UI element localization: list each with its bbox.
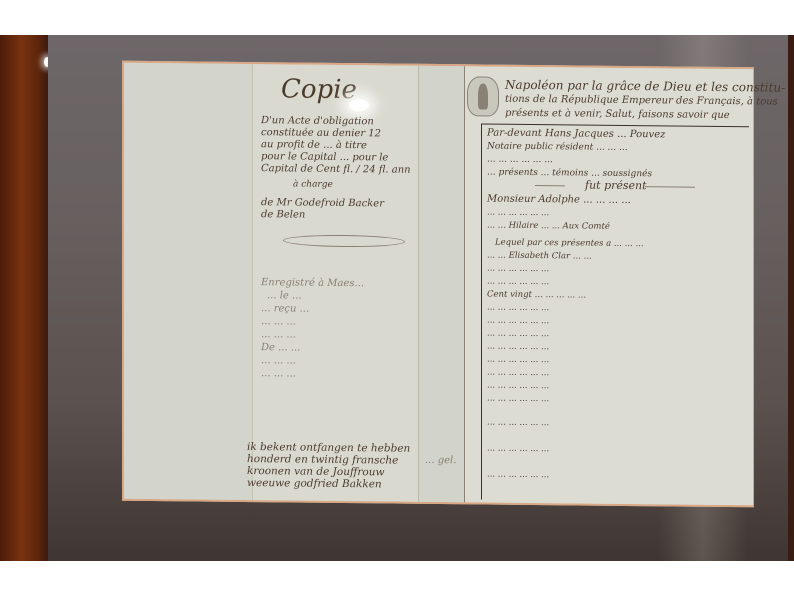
section-title: fut présent [585, 180, 647, 192]
photograph: Copie D'un Acte d'obligation constituée … [0, 35, 794, 561]
body-line: ... ... ... ... ... ... [487, 317, 549, 326]
body-line: ... ... ... ... ... ... [487, 265, 549, 274]
seal-emblem-icon [467, 76, 499, 116]
body-line: ... ... ... ... ... ... [487, 356, 549, 365]
registration-line: De ... ... [261, 343, 300, 353]
left-line: de Belen [261, 210, 305, 220]
body-line: Lequel par ces présentes a ... ... ... [495, 239, 644, 249]
left-line: D'un Acte d'obligation [261, 116, 374, 127]
flash-glare [349, 99, 369, 111]
body-line: ... ... Hilaire ... ... Aux Comté [487, 222, 610, 232]
body-line: Cent vingt ... ... ... ... ... [487, 291, 586, 301]
box-rule-top [481, 123, 749, 127]
left-line: au profit de ... à titre [261, 140, 367, 151]
flourish-mark [283, 234, 405, 247]
left-line: Capital de Cent fl. / 24 fl. ann [261, 164, 411, 176]
framed-document: Copie D'un Acte d'obligation constituée … [122, 61, 754, 508]
body-line: ... ... ... ... ... ... [487, 395, 549, 404]
left-line: à charge [293, 180, 333, 189]
registration-line: ... ... ... [261, 356, 296, 366]
header-line: présents et à venir, Salut, faisons savo… [505, 109, 730, 121]
frame-wood-right [788, 35, 794, 561]
body-line: ... ... ... ... ... ... [487, 471, 549, 480]
header-line: tions de la République Empereur des Fran… [505, 95, 778, 108]
fold-margin-page: ... gel. [418, 66, 465, 502]
receipt-line: kroonen van de Jouffrouw [247, 466, 385, 478]
left-line: pour le Capital ... pour le [261, 152, 388, 163]
body-line: ... ... ... ... ... ... [487, 419, 549, 428]
body-line: ... ... ... ... ... ... [487, 278, 549, 287]
body-line: ... ... Elisabeth Clar ... ... [487, 252, 592, 262]
boxed-line: Notaire public résident ... ... ... [487, 143, 628, 153]
registration-line: ... le ... [267, 291, 302, 301]
registration-line: Enregistré à Maes... [261, 278, 364, 289]
left-blank-page [124, 63, 252, 500]
title-rule-left [535, 185, 565, 186]
receipt-line: weeuwe godfried Bakken [247, 478, 382, 490]
heading-copie: Copie [281, 76, 357, 103]
body-line: ... ... ... ... ... ... [487, 330, 549, 339]
body-line: Monsieur Adolphe ... ... ... ... [487, 195, 631, 207]
body-line: ... ... ... ... ... ... [487, 343, 549, 352]
body-line: ... ... ... ... ... ... [487, 304, 549, 313]
boxed-line: ... ... ... ... ... ... [487, 156, 553, 166]
header-line: Napoléon par la grâce de Dieu et les con… [505, 79, 785, 94]
left-written-page: Copie D'un Acte d'obligation constituée … [252, 64, 419, 502]
frame-wood-left [0, 35, 48, 561]
body-line: ... ... ... ... ... ... [487, 382, 549, 391]
left-line: de Mr Godefroid Backer [261, 198, 384, 209]
body-line: ... ... ... ... ... ... [487, 445, 549, 454]
registration-line: ... ... ... [261, 369, 296, 379]
registration-line: ... ... ... [261, 317, 296, 327]
body-line: ... ... ... ... ... ... [487, 209, 549, 218]
left-line: constituée au denier 12 [261, 128, 381, 139]
registration-line: ... ... ... [261, 330, 296, 340]
title-rule-right [645, 186, 695, 188]
box-rule-left [481, 123, 482, 499]
body-line: ... ... ... ... ... ... [487, 369, 549, 378]
right-written-page: Napoléon par la grâce de Dieu et les con… [464, 66, 753, 505]
margin-note: ... gel. [425, 456, 456, 466]
registration-line: ... reçu ... [261, 304, 309, 315]
boxed-line: Par-devant Hans Jacques ... Pouvez [487, 129, 665, 141]
boxed-line: ... présents ... témoins ... soussignés [487, 169, 652, 180]
